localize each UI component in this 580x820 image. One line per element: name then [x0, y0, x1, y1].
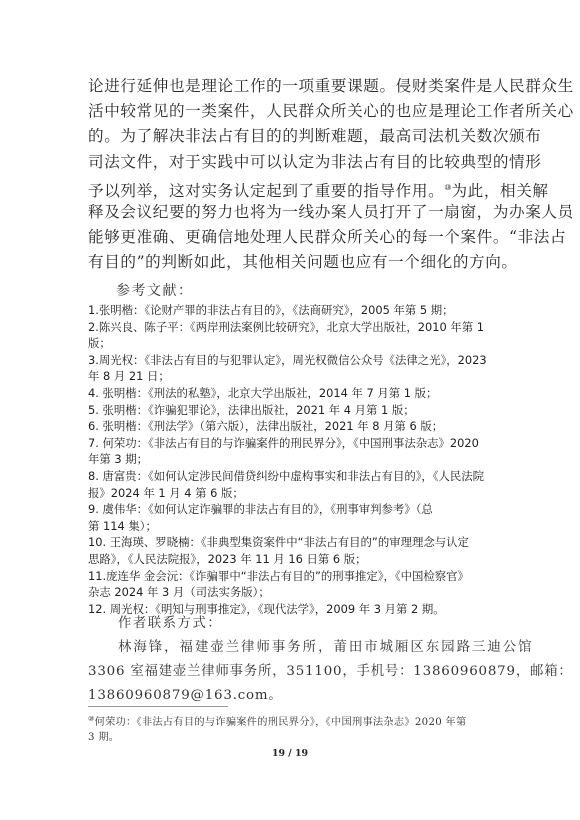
- footnote: ⑩何荣功：《非法占有目的与诈骗案件的刑民界分》，《中国刑事法杂志》2020 年第…: [88, 712, 508, 745]
- reference-line: 杂志 2024 年 3 月（司法实务版）；: [88, 584, 508, 601]
- reference-line: 10. 王海瑛、罗晓楠：《非典型集资案件中“非法占有目的”的审理理念与认定: [88, 534, 508, 551]
- author-contact: 作者联系方式： 林海锋，福建壶兰律师事务所，莆田市城厢区东园路三迪公馆 3306…: [88, 612, 508, 708]
- reference-line: 版；: [88, 335, 508, 352]
- footnote-marker: ⑩: [88, 715, 95, 723]
- reference-item: 3.周光权：《非法占有目的与犯罪认定》，周光权微信公众号《法律之光》，2023 …: [88, 352, 508, 385]
- footnote-text: 何荣功：《非法占有目的与诈骗案件的刑民界分》，《中国刑事法杂志》2020 年第: [95, 717, 467, 728]
- body-line: 能够更准确、更确信地处理人民群众所关心的每一个案件。“非法占: [88, 225, 500, 250]
- reference-line: 报》2024 年 1 月 4 第 6 版；: [88, 485, 508, 502]
- body-line-text: 为此，相关解: [451, 182, 548, 200]
- reference-line: 第 114 集）；: [88, 518, 508, 535]
- reference-line: 6. 张明楷：《刑法学》（第六版），法律出版社，2021 年 8 月第 6 版；: [88, 418, 508, 435]
- body-line: 有目的”的判断如此，其他相关问题也应有一个细化的方向。: [88, 250, 500, 275]
- reference-line: 5. 张明楷：《诈骗犯罪论》，法律出版社，2021 年 4 月第 1 版；: [88, 402, 508, 419]
- reference-line: 2.陈兴良、陈子平：《两岸刑法案例比较研究》，北京大学出版社，2010 年第 1: [88, 319, 508, 336]
- contact-line: 3306 室福建壶兰律师事务所，351100，手机号：13860960879，邮…: [88, 660, 508, 684]
- body-line: 释及会议纪要的努力也将为一线办案人员打开了一扇窗，为办案人员: [88, 200, 500, 225]
- reference-line: 4. 张明楷：《刑法的私塾》，北京大学出版社，2014 年 7 月第 1 版；: [88, 385, 508, 402]
- footnote-line: 3 期。: [88, 730, 508, 745]
- reference-line: 思路》，《人民法院报》，2023 年 11 月 16 日第 6 版；: [88, 551, 508, 568]
- reference-item: 1.张明楷：《论财产罪的非法占有目的》，《法商研究》，2005 年第 5 期；: [88, 302, 508, 319]
- footnote-divider: [88, 706, 228, 707]
- references-heading: 参考文献：: [116, 280, 194, 300]
- reference-line: 3.周光权：《非法占有目的与犯罪认定》，周光权微信公众号《法律之光》，2023: [88, 352, 508, 369]
- reference-line: 9. 虞伟华：《如何认定诈骗罪的非法占有目的》，《刑事审判参考》（总: [88, 501, 508, 518]
- reference-line: 11.庞连华 金会沅：《诈骗罪中“非法占有目的”的刑事推定》，《中国检察官》: [88, 568, 508, 585]
- reference-line: 年第 3 期；: [88, 451, 508, 468]
- footnote-line: ⑩何荣功：《非法占有目的与诈骗案件的刑民界分》，《中国刑事法杂志》2020 年第: [88, 712, 508, 730]
- reference-item: 8. 唐富贵：《如何认定涉民间借贷纠纷中虚构事实和非法占有目的》，《人民法院 报…: [88, 468, 508, 501]
- reference-line: 7. 何荣功：《非法占有目的与诈骗案件的刑民界分》，《中国刑事法杂志》2020: [88, 435, 508, 452]
- reference-item: 6. 张明楷：《刑法学》（第六版），法律出版社，2021 年 8 月第 6 版；: [88, 418, 508, 435]
- body-line: 司法文件，对于实践中可以认定为非法占有目的比较典型的情形: [88, 150, 500, 175]
- body-line: 予以列举，这对实务认定起到了重要的指导作用。⑩为此，相关解: [88, 175, 500, 200]
- reference-line: 8. 唐富贵：《如何认定涉民间借贷纠纷中虚构事实和非法占有目的》，《人民法院: [88, 468, 508, 485]
- reference-line: 1.张明楷：《论财产罪的非法占有目的》，《法商研究》，2005 年第 5 期；: [88, 302, 508, 319]
- body-line: 的。为了解决非法占有目的的判断难题，最高司法机关数次颁布: [88, 124, 500, 149]
- reference-item: 9. 虞伟华：《如何认定诈骗罪的非法占有目的》，《刑事审判参考》（总 第 114…: [88, 501, 508, 534]
- reference-line: 年 8 月 21 日；: [88, 368, 508, 385]
- body-line: 论进行延伸也是理论工作的一项重要课题。侵财类案件是人民群众生: [88, 74, 500, 99]
- reference-item: 2.陈兴良、陈子平：《两岸刑法案例比较研究》，北京大学出版社，2010 年第 1…: [88, 319, 508, 352]
- reference-item: 7. 何荣功：《非法占有目的与诈骗案件的刑民界分》，《中国刑事法杂志》2020 …: [88, 435, 508, 468]
- document-page: 论进行延伸也是理论工作的一项重要课题。侵财类案件是人民群众生 活中较常见的一类案…: [0, 0, 580, 820]
- reference-item: 11.庞连华 金会沅：《诈骗罪中“非法占有目的”的刑事推定》，《中国检察官》 杂…: [88, 568, 508, 601]
- body-line: 活中较常见的一类案件，人民群众所关心的也应是理论工作者所关心: [88, 99, 500, 124]
- contact-line: 林海锋，福建壶兰律师事务所，莆田市城厢区东园路三迪公馆: [88, 636, 508, 660]
- contact-email-line: 13860960879@163.com。: [88, 684, 508, 708]
- contact-heading: 作者联系方式：: [88, 612, 508, 636]
- reference-item: 5. 张明楷：《诈骗犯罪论》，法律出版社，2021 年 4 月第 1 版；: [88, 402, 508, 419]
- body-paragraph: 论进行延伸也是理论工作的一项重要课题。侵财类案件是人民群众生 活中较常见的一类案…: [88, 74, 500, 276]
- reference-item: 10. 王海瑛、罗晓楠：《非典型集资案件中“非法占有目的”的审理理念与认定 思路…: [88, 534, 508, 567]
- page-number: 19 / 19: [0, 748, 580, 759]
- body-line-text: 予以列举，这对实务认定起到了重要的指导作用。: [88, 182, 444, 200]
- reference-item: 4. 张明楷：《刑法的私塾》，北京大学出版社，2014 年 7 月第 1 版；: [88, 385, 508, 402]
- references-list: 1.张明楷：《论财产罪的非法占有目的》，《法商研究》，2005 年第 5 期； …: [88, 302, 508, 617]
